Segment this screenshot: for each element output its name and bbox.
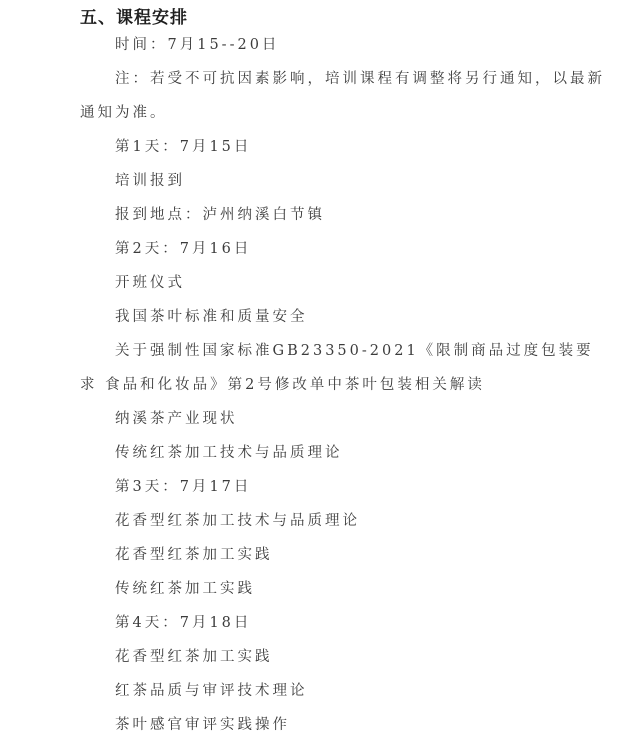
day-2-heading: 第2天：7月16日 xyxy=(80,232,610,266)
day-3-heading: 第3天：7月17日 xyxy=(80,470,610,504)
schedule-item: 纳溪茶产业现状 xyxy=(80,402,610,436)
schedule-item: 传统红茶加工技术与品质理论 xyxy=(80,436,610,470)
schedule-item: 茶叶感官审评实践操作 xyxy=(80,708,610,742)
schedule-item: 培训报到 xyxy=(80,164,610,198)
notice: 注：若受不可抗因素影响，培训课程有调整将另行通知，以最新通知为准。 xyxy=(80,62,610,130)
day-1-heading: 第1天：7月15日 xyxy=(80,130,610,164)
schedule-item: 花香型红茶加工实践 xyxy=(80,640,610,674)
schedule-item: 传统红茶加工实践 xyxy=(80,572,610,606)
schedule-item: 花香型红茶加工技术与品质理论 xyxy=(80,504,610,538)
schedule-item: 花香型红茶加工实践 xyxy=(80,538,610,572)
schedule-item: 关于强制性国家标准GB23350-2021《限制商品过度包装要求 食品和化妆品》… xyxy=(80,334,610,402)
day-4-heading: 第4天：7月18日 xyxy=(80,606,610,640)
schedule-item: 开班仪式 xyxy=(80,266,610,300)
time-range: 时间：7月15--20日 xyxy=(80,28,610,62)
schedule-item: 报到地点：泸州纳溪白节镇 xyxy=(80,198,610,232)
schedule-item: 红茶品质与审评技术理论 xyxy=(80,674,610,708)
schedule-item: 我国茶叶标准和质量安全 xyxy=(80,300,610,334)
